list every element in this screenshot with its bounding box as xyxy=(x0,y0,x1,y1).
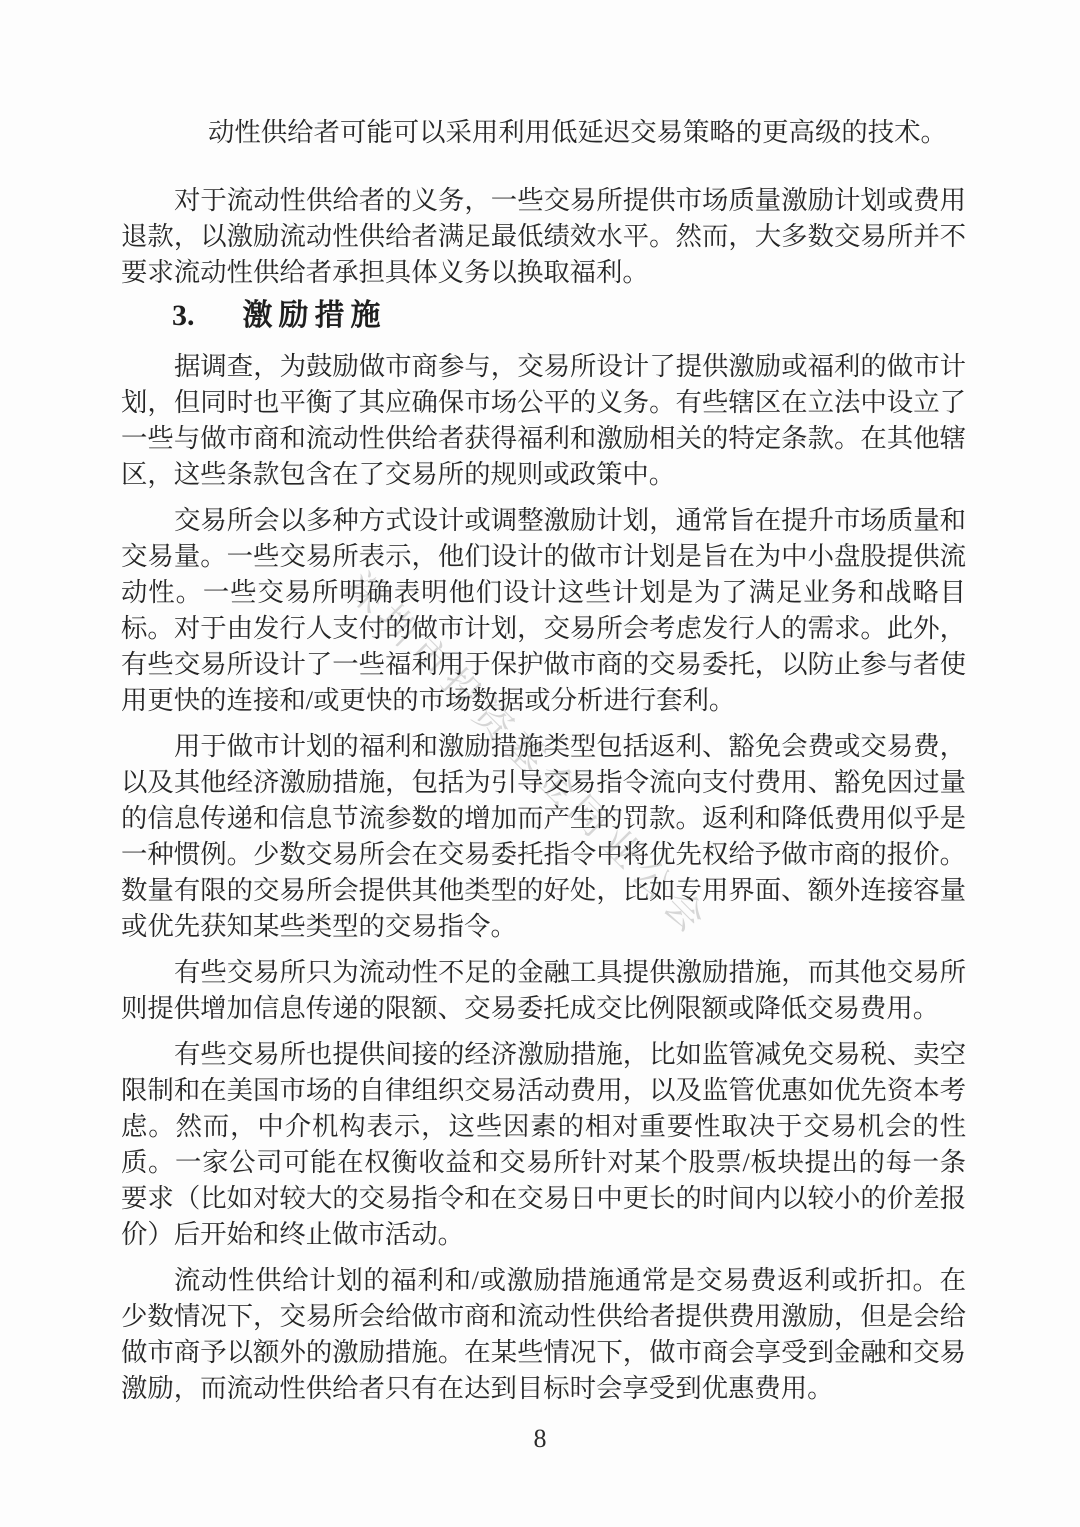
section-heading: 3.激励措施 xyxy=(172,296,966,336)
paragraph-survey-incentive-plans: 据调查，为鼓励做市商参与，交易所设计了提供激励或福利的做市计划，但同时也平衡了其… xyxy=(121,348,966,492)
page-content: 动性供给者可能可以采用利用低延迟交易策略的更高级的技术。 对于流动性供给者的义务… xyxy=(0,0,966,1456)
paragraph-continuation: 动性供给者可能可以采用利用低延迟交易策略的更高级的技术。 xyxy=(121,114,966,150)
paragraph-indirect-incentives: 有些交易所也提供间接的经济激励措施，比如监管减免交易税、卖空限制和在美国市场的自… xyxy=(121,1036,966,1252)
document-page: 深圳市投资基金同业公会 动性供给者可能可以采用利用低延迟交易策略的更高级的技术。… xyxy=(0,0,1080,1527)
section-number: 3. xyxy=(172,299,195,332)
section-title: 激励措施 xyxy=(243,299,387,332)
page-number: 8 xyxy=(0,1422,1080,1456)
paragraph-benefit-types: 用于做市计划的福利和激励措施类型包括返利、豁免会费或交易费，以及其他经济激励措施… xyxy=(121,728,966,944)
paragraph-plan-design-goals: 交易所会以多种方式设计或调整激励计划，通常旨在提升市场质量和交易量。一些交易所表… xyxy=(121,502,966,718)
paragraph-illiquid-instruments: 有些交易所只为流动性不足的金融工具提供激励措施，而其他交易所则提供增加信息传递的… xyxy=(121,954,966,1026)
paragraph-liquidity-provider-obligations: 对于流动性供给者的义务，一些交易所提供市场质量激励计划或费用退款，以激励流动性供… xyxy=(121,182,966,290)
paragraph-liquidity-plan-benefits: 流动性供给计划的福利和/或激励措施通常是交易费返利或折扣。在少数情况下，交易所会… xyxy=(121,1262,966,1406)
